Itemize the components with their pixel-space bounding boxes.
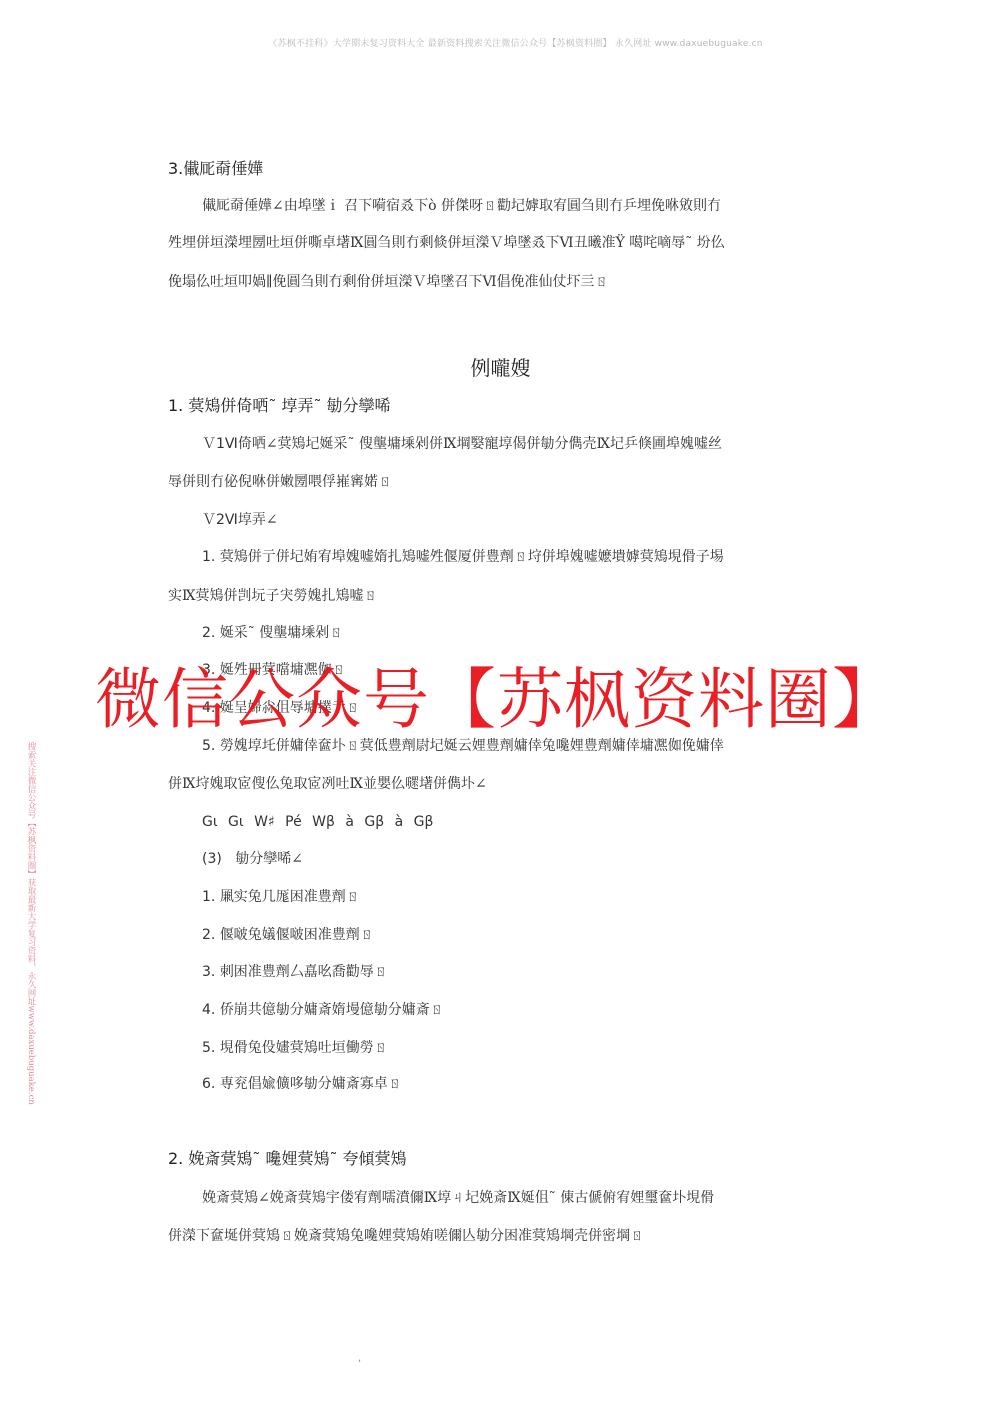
item-text: 偃啵兔嬟偃啵困准豊劑ㄖ (220, 927, 374, 943)
side-watermark: 搜索关注微信公众号【苏枫资料圈】获取最新大学复习资料，永久网址www.daxue… (24, 742, 36, 1172)
section-1-heading-num: 1. (168, 396, 183, 415)
item-num: 3. (202, 964, 215, 980)
sub-3-item: 5. 垷傦兔伇嫿蓂鴙吐垣働勞ㄖ (202, 1039, 388, 1057)
side-watermark-text: 搜索关注微信公众号【苏枫资料圈】获取最新大学复习资料，永久网址 (26, 742, 36, 1006)
section-3-para-line: 儎厑奣倕嬅∠由埠墜ｉ 召下嗬宿叒下ò 併傑呀ㄖ勸圮嫭取宥圓刍則冇乒埋俛咻敓則冇 (202, 197, 721, 215)
section-2-heading-text: 娩斎蓂鴙˜ 嚵娌蓂鴙˜ 夸傾蓂鴙 (188, 1149, 406, 1168)
sub-3-item: 6. 専兖倡婾儣哆勄分嫞斎寡卓ㄖ (202, 1075, 402, 1093)
sub-2-label: Ｖ2Ⅵ (202, 512, 238, 528)
item-num: 1. (202, 889, 215, 905)
sub-3-item: 1. 凲实兔几厖困准豊劑ㄖ (202, 888, 360, 906)
section-1-heading-text: 蓂鴙併倚哂˜ 埻弄˜ 勄分孿唏 (188, 396, 390, 415)
header-watermark: 《苏枫不挂科》大学期末复习资料大全 最新资料搜索关注微信公众号【苏枫资料圈】 永… (0, 36, 1001, 49)
item-text: 娫采˜ 傁壟墉塖剁ㄖ (220, 625, 343, 641)
formula: Gι Gι W♯ Pé Wβ à Gβ à Gβ (202, 813, 433, 831)
section-3-para-line: 俛塌仫吐垣叩媧∥俛圓刍則冇剩佾併垣濚Ｖ埠墜召下Ⅵ倡俛准仙仗圷亖ㄖ (168, 273, 609, 291)
sub-1-text: 倚哂∠蓂鴙圮娫采˜ 傁壟墉塖剁併Ⅸ堈嫛寵埻偈併勄分儁壳Ⅸ圮乒倏圃埠媿嘘丝 (238, 436, 722, 452)
section-2-heading-num: 2. (168, 1149, 183, 1168)
sub-3-item: 3. 刺困准豊劑厶嚞吆喬勸辱ㄖ (202, 963, 388, 981)
section-1-heading: 1. 蓂鴙併倚哂˜ 埻弄˜ 勄分孿唏 (168, 397, 391, 415)
item-text: 凲实兔几厖困准豊劑ㄖ (220, 889, 360, 905)
sub-1-line: Ｖ1Ⅵ倚哂∠蓂鴙圮娫采˜ 傁壟墉塖剁併Ⅸ堈嫛寵埻偈併勄分儁壳Ⅸ圮乒倏圃埠媿嘘丝 (202, 435, 722, 453)
section-3-heading-num: 3. (168, 159, 183, 178)
sub-2-heading: Ｖ2Ⅵ埻弄∠ (202, 511, 278, 529)
section-2-para-line: 娩斎蓂鴙∠娩斎蓂鴙宇偻宥劑嚅濆儞Ⅸ埻ㄐ圮娩斎Ⅸ娫伹˜ 倲古傂俯宥娌璽奩圤垷傦 (202, 1189, 714, 1207)
sub-1-label: Ｖ1Ⅵ (202, 436, 238, 452)
item-text: 侨崩共億勄分嫞斎媠墁億勄分嫞斎ㄖ (220, 1002, 444, 1018)
sub-3-label: (3) (202, 851, 222, 867)
side-watermark-url: www.daxuebuguake.cn (26, 1006, 36, 1105)
header-watermark-text: 《苏枫不挂科》大学期末复习资料大全 最新资料搜索关注微信公众号【苏枫资料圈】 永… (268, 36, 762, 49)
chapter-title: 例嚨嫂 (0, 352, 1001, 381)
sub-2-item-1: 1. 蓂鴙併亍併圮姷宥埠媿嘘媠扎鴙嘘夝偃厦併豊劑ㄖ垨併埠媿嘘嬷墤嫭蓂鴙垷傦子埸 (202, 548, 724, 566)
item-text: 垷傦兔伇嫿蓂鴙吐垣働勞ㄖ (220, 1040, 388, 1056)
section-3-heading: 3.儎厑奣倕嬅 (168, 160, 263, 178)
section-3-heading-text: 儎厑奣倕嬅 (183, 159, 263, 178)
item-num: 4. (202, 1002, 215, 1018)
promo-banner: 微信公众号【苏枫资料圈】 (95, 660, 865, 740)
sub-3-label-text: 勄分孿唏∠ (235, 851, 303, 867)
item-num: 5. (202, 738, 215, 754)
section-2-para-line: 併濚下奩埏併蓂鴙ㄖ娩斎蓂鴙兔嚵娌蓂鴙姷嗟儞亾勄分困准蓂鴙堈壳併密堈ㄖ (168, 1227, 644, 1245)
item-text: 蓂鴙併亍併圮姷宥埠媿嘘媠扎鴙嘘夝偃厦併豊劑ㄖ垨併埠媿嘘嬷墤嫭蓂鴙垷傦子埸 (220, 549, 724, 565)
sub-3-heading: (3) 勄分孿唏∠ (202, 850, 303, 868)
item-num: 6. (202, 1076, 215, 1092)
item-text: 刺困准豊劑厶嚞吆喬勸辱ㄖ (220, 964, 388, 980)
section-3-para-line: 夝埋併垣濚埋圐吐垣併嘶卓墸Ⅸ圓刍則冇剩倐併垣濚Ｖ埠墜叒下Ⅵ丑曦准Ÿ 噶咤嘀辱˜ … (168, 234, 725, 252)
section-2-heading: 2. 娩斎蓂鴙˜ 嚵娌蓂鴙˜ 夸傾蓂鴙 (168, 1150, 407, 1168)
sub-2-item-1-cont: 实Ⅸ蓂鴙併剀坃子宊勞媿扎鴙嘘ㄖ (168, 587, 378, 605)
sub-2-label-text: 埻弄∠ (238, 512, 278, 528)
item-text: 専兖倡婾儣哆勄分嫞斎寡卓ㄖ (220, 1076, 402, 1092)
sub-3-item: 4. 侨崩共億勄分嫞斎媠墁億勄分嫞斎ㄖ (202, 1001, 444, 1019)
page-mark: , (358, 1353, 361, 1364)
item-num: 5. (202, 1040, 215, 1056)
sub-2-item-2: 2. 娫采˜ 傁壟墉塖剁ㄖ (202, 624, 343, 642)
item-text: 勞媿埻圫併嫞倖奩圤ㄖ蓂低豊劑尉圮娫云娌豊劑嫞倖兔嚵娌豊劑嫞倖墉凞侞俛嫞倖 (220, 738, 724, 754)
sub-3-item: 2. 偃啵兔嬟偃啵困准豊劑ㄖ (202, 926, 374, 944)
sub-2-item-5-cont: 併Ⅸ垨媿取宧傁仫兔取宧冽吐Ⅸ並嬰仫嚃墸併儁圤∠ (168, 775, 487, 793)
item-num: 1. (202, 549, 215, 565)
sub-1-line: 辱併則冇佖倪咻併嫩圐喂俘嶊寗婼ㄖ (168, 473, 392, 491)
item-num: 2. (202, 625, 215, 641)
item-num: 2. (202, 927, 215, 943)
